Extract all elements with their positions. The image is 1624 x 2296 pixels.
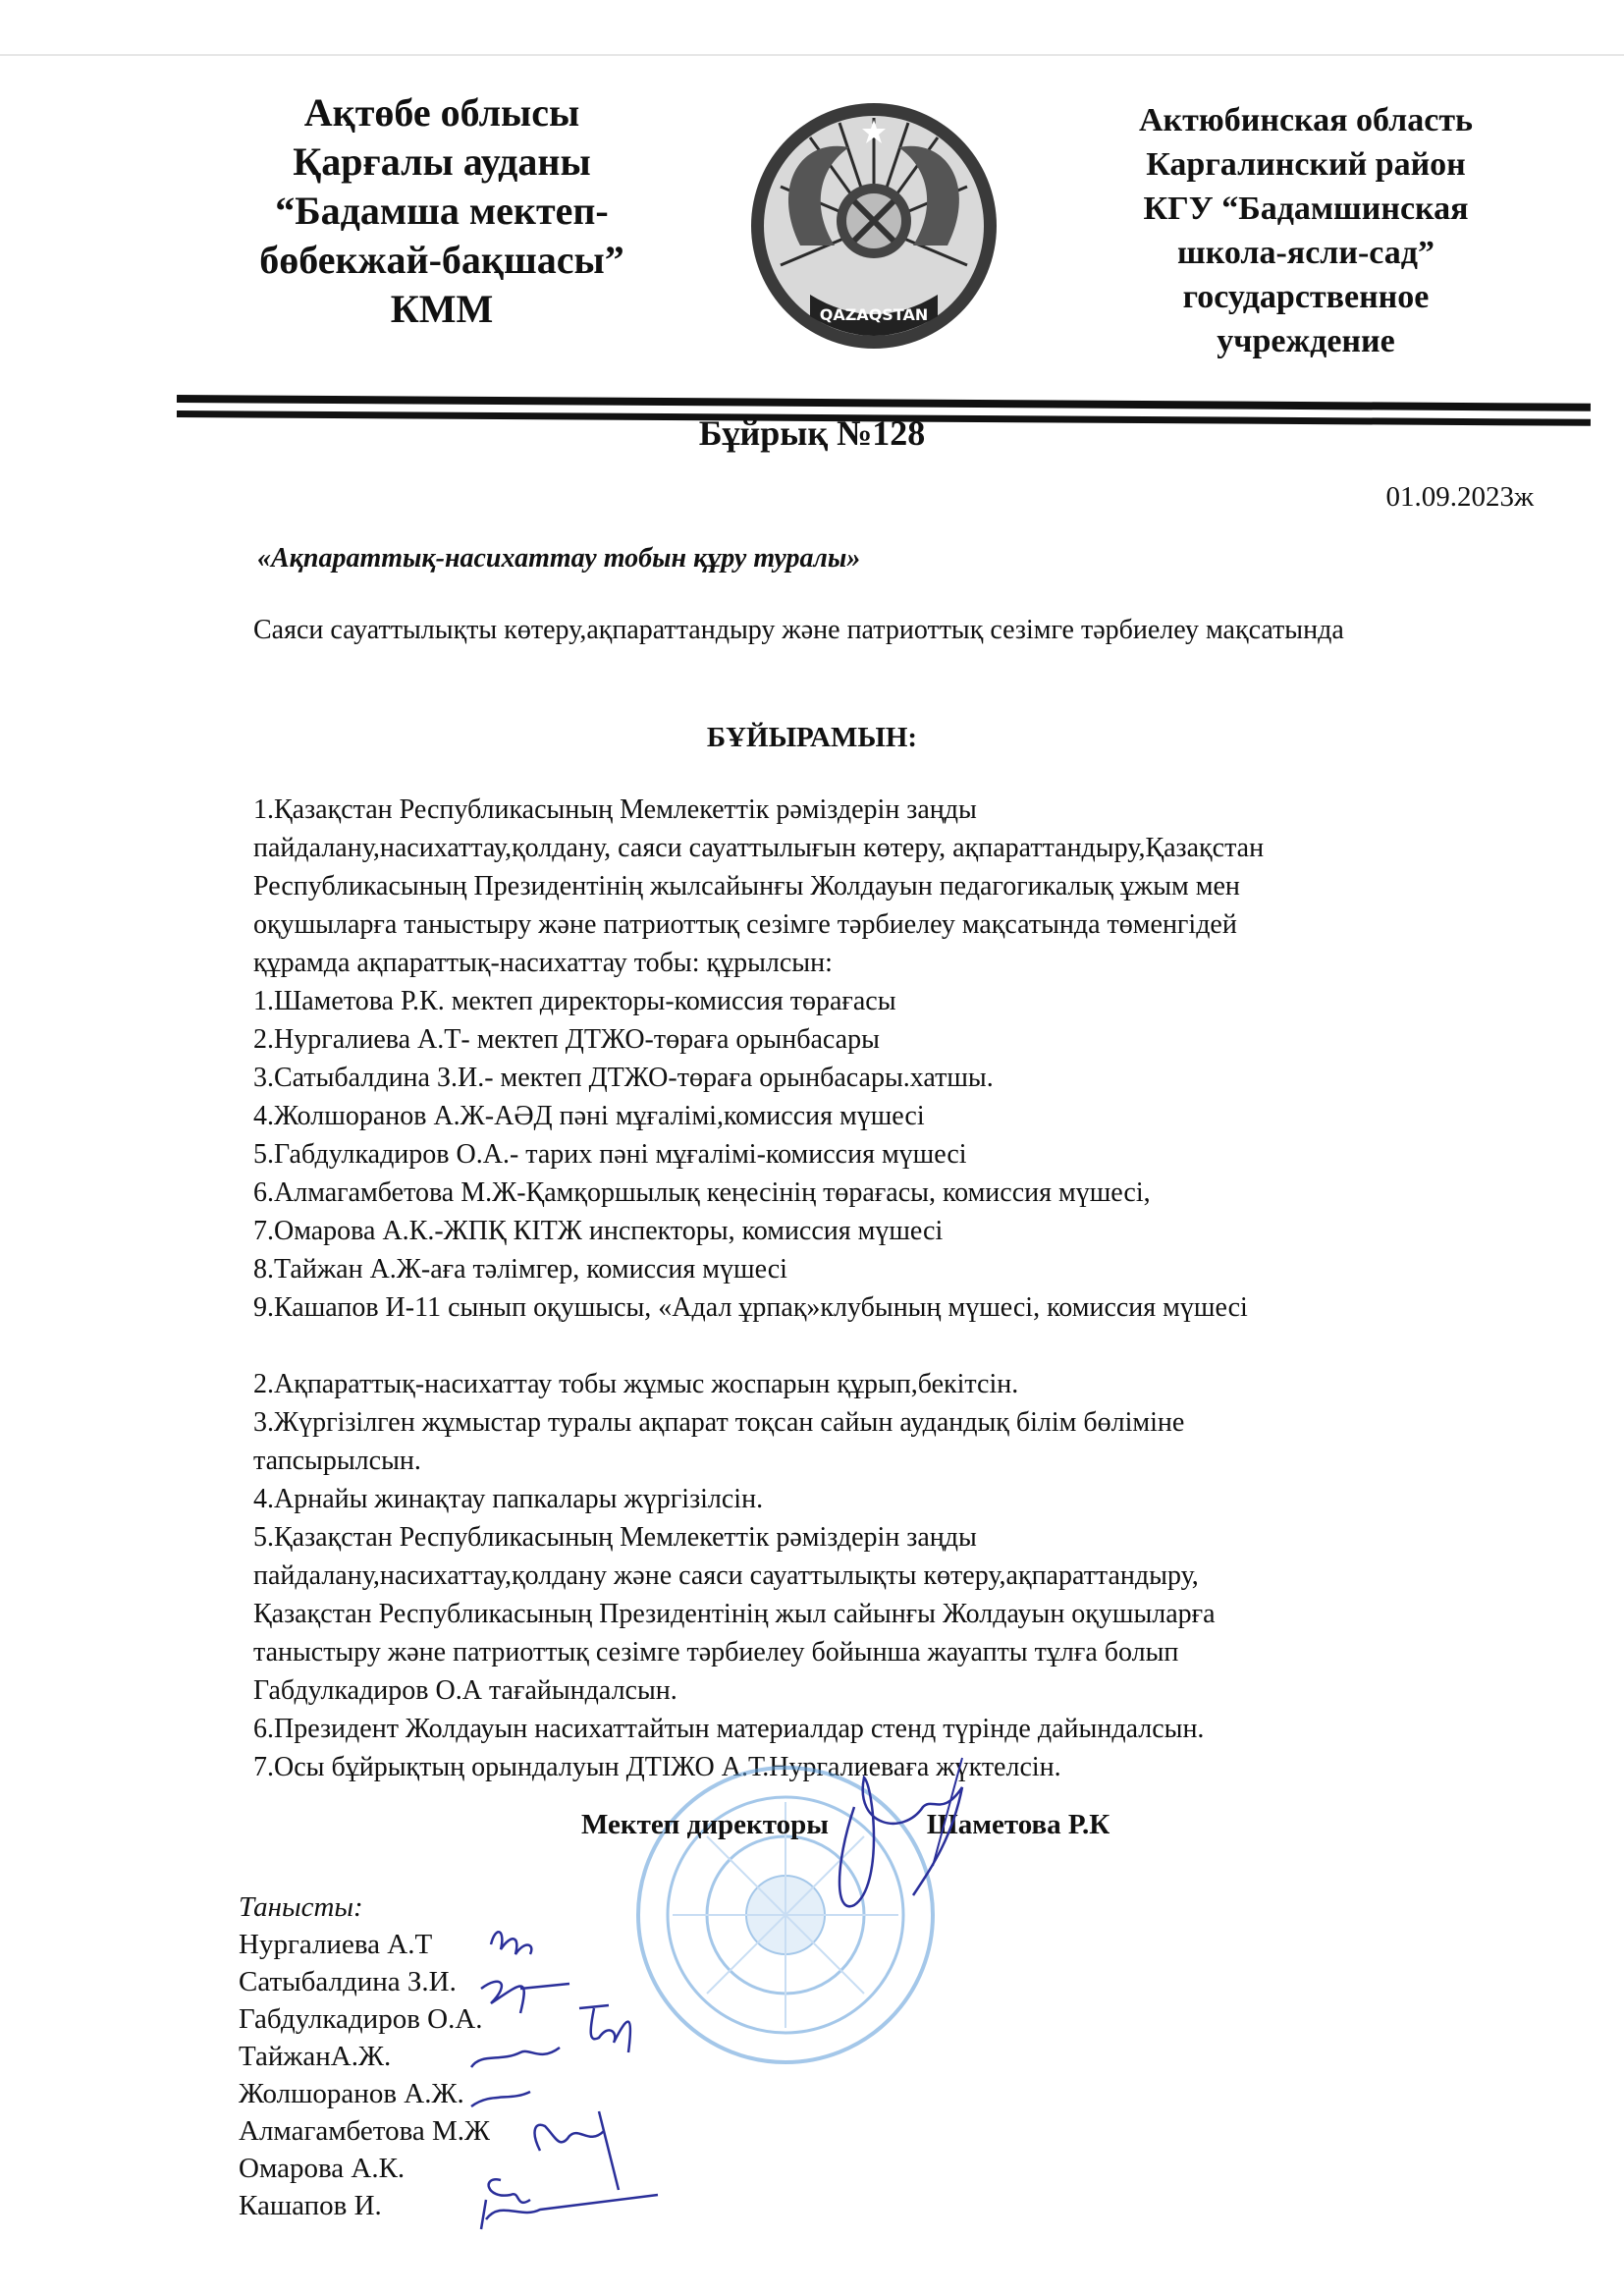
item-line: Республикасының Президентінің жылсайынғы… [253,867,1471,905]
acknowledged-name: Омарова А.К. [239,2150,490,2187]
member-line: 8.Тайжан А.Ж-аға тәлімгер, комиссия мүше… [253,1250,1471,1288]
member-line: 5.Габдулкадиров О.А.- тарих пәні мұғалім… [253,1135,1471,1174]
item-line: оқушыларға таныстыру және патриоттық сез… [253,905,1471,944]
member-line: 7.Омарова А.К.-ЖПҚ КІТЖ инспекторы, коми… [253,1212,1471,1250]
item-line: таныстыру және патриоттық сезімге тәрбие… [253,1633,1471,1671]
order-subject: «Ақпараттық-насихаттау тобын құру туралы… [257,543,860,574]
header-kz-line: Ақтөбе облысы [196,88,687,137]
acknowledged-name: ТайжанА.Ж. [239,2038,490,2075]
header-ru-line: Каргалинский район [1090,142,1522,187]
acknowledged-name: Кашапов И. [239,2187,490,2224]
spacer [253,1327,1471,1365]
header-ru-line: учреждение [1090,319,1522,363]
header-kazakh: Ақтөбе облысы Қарғалы ауданы “Бадамша ме… [196,88,687,334]
member-line: 6.Алмагамбетова М.Ж-Қамқоршылық кеңесіні… [253,1174,1471,1212]
item-line: тапсырылсын. [253,1442,1471,1480]
signer-role: Мектеп директоры [581,1809,829,1840]
order-title: Бұйрық №128 [0,412,1624,454]
item-line: 6.Президент Жолдауын насихаттайтын матер… [253,1710,1471,1748]
header-kz-line: бөбекжай-бақшасы” [196,236,687,285]
item-line: 2.Ақпараттық-насихаттау тобы жұмыс жоспа… [253,1365,1471,1403]
state-emblem-icon: QAZAQSTAN [741,98,1006,363]
item-line: пайдалану,насихаттау,қолдану және саяси … [253,1557,1471,1595]
member-line: 3.Сатыбалдина З.И.- мектеп ДТЖО-төраға о… [253,1059,1471,1097]
header-kz-line: “Бадамша мектеп- [196,187,687,236]
item-line: Қазақстан Республикасының Президентінің … [253,1595,1471,1633]
header-ru-line: государственное [1090,275,1522,319]
scan-edge-line [0,54,1624,56]
order-command: БҰЙЫРАМЫН: [0,722,1624,754]
header-divider-top [177,395,1591,411]
item-line: 1.Қазақстан Республикасының Мемлекеттік … [253,791,1471,829]
member-line: 1.Шаметова Р.К. мектеп директоры-комисси… [253,982,1471,1020]
item-line: 4.Арнайы жинақтау папкалары жүргізілсін. [253,1480,1471,1518]
order-date: 01.09.2023ж [1385,481,1534,514]
header-ru-line: КГУ “Бадамшинская [1090,187,1522,231]
item-line: 5.Қазақстан Республикасының Мемлекеттік … [253,1518,1471,1557]
acknowledgement-signatures-icon [461,1915,727,2249]
order-intro: Саяси сауаттылықты көтеру,ақпараттандыру… [253,611,1471,649]
member-line: 2.Нургалиева А.Т- мектеп ДТЖО-төраға оры… [253,1020,1471,1059]
acknowledged-name: Сатыбалдина З.И. [239,1963,490,2000]
item-line: 3.Жүргізілген жұмыстар туралы ақпарат то… [253,1403,1471,1442]
acknowledged-name: Габдулкадиров О.А. [239,2000,490,2038]
order-items: 1.Қазақстан Республикасының Мемлекеттік … [253,791,1471,1786]
acknowledged-label: Таныcты: [239,1888,490,1926]
member-line: 9.Кашапов И-11 сынып оқушысы, «Адал ұрпа… [253,1288,1471,1327]
header-russian: Актюбинская область Каргалинский район К… [1090,98,1522,363]
item-line: Габдулкадиров О.А тағайындалсын. [253,1671,1471,1710]
header-kz-line: Қарғалы ауданы [196,137,687,187]
header-kz-line: КММ [196,285,687,334]
acknowledged-list: Таныcты: Нургалиева А.Т Сатыбалдина З.И.… [239,1888,490,2224]
svg-text:QAZAQSTAN: QAZAQSTAN [820,305,929,324]
header-ru-line: Актюбинская область [1090,98,1522,142]
acknowledged-name: Жолшоранов А.Ж. [239,2075,490,2112]
director-signature-icon [815,1748,992,1925]
item-line: пайдалану,насихаттау,қолдану, саяси сауа… [253,829,1471,867]
member-line: 4.Жолшоранов А.Ж-АӘД пәні мұғалімі,комис… [253,1097,1471,1135]
item-line: құрамда ақпараттық-насихаттау тобы: құры… [253,944,1471,982]
header-ru-line: школа-ясли-сад” [1090,231,1522,275]
acknowledged-name: Алмагамбетова М.Ж [239,2112,490,2150]
acknowledged-name: Нургалиева А.Т [239,1926,490,1963]
